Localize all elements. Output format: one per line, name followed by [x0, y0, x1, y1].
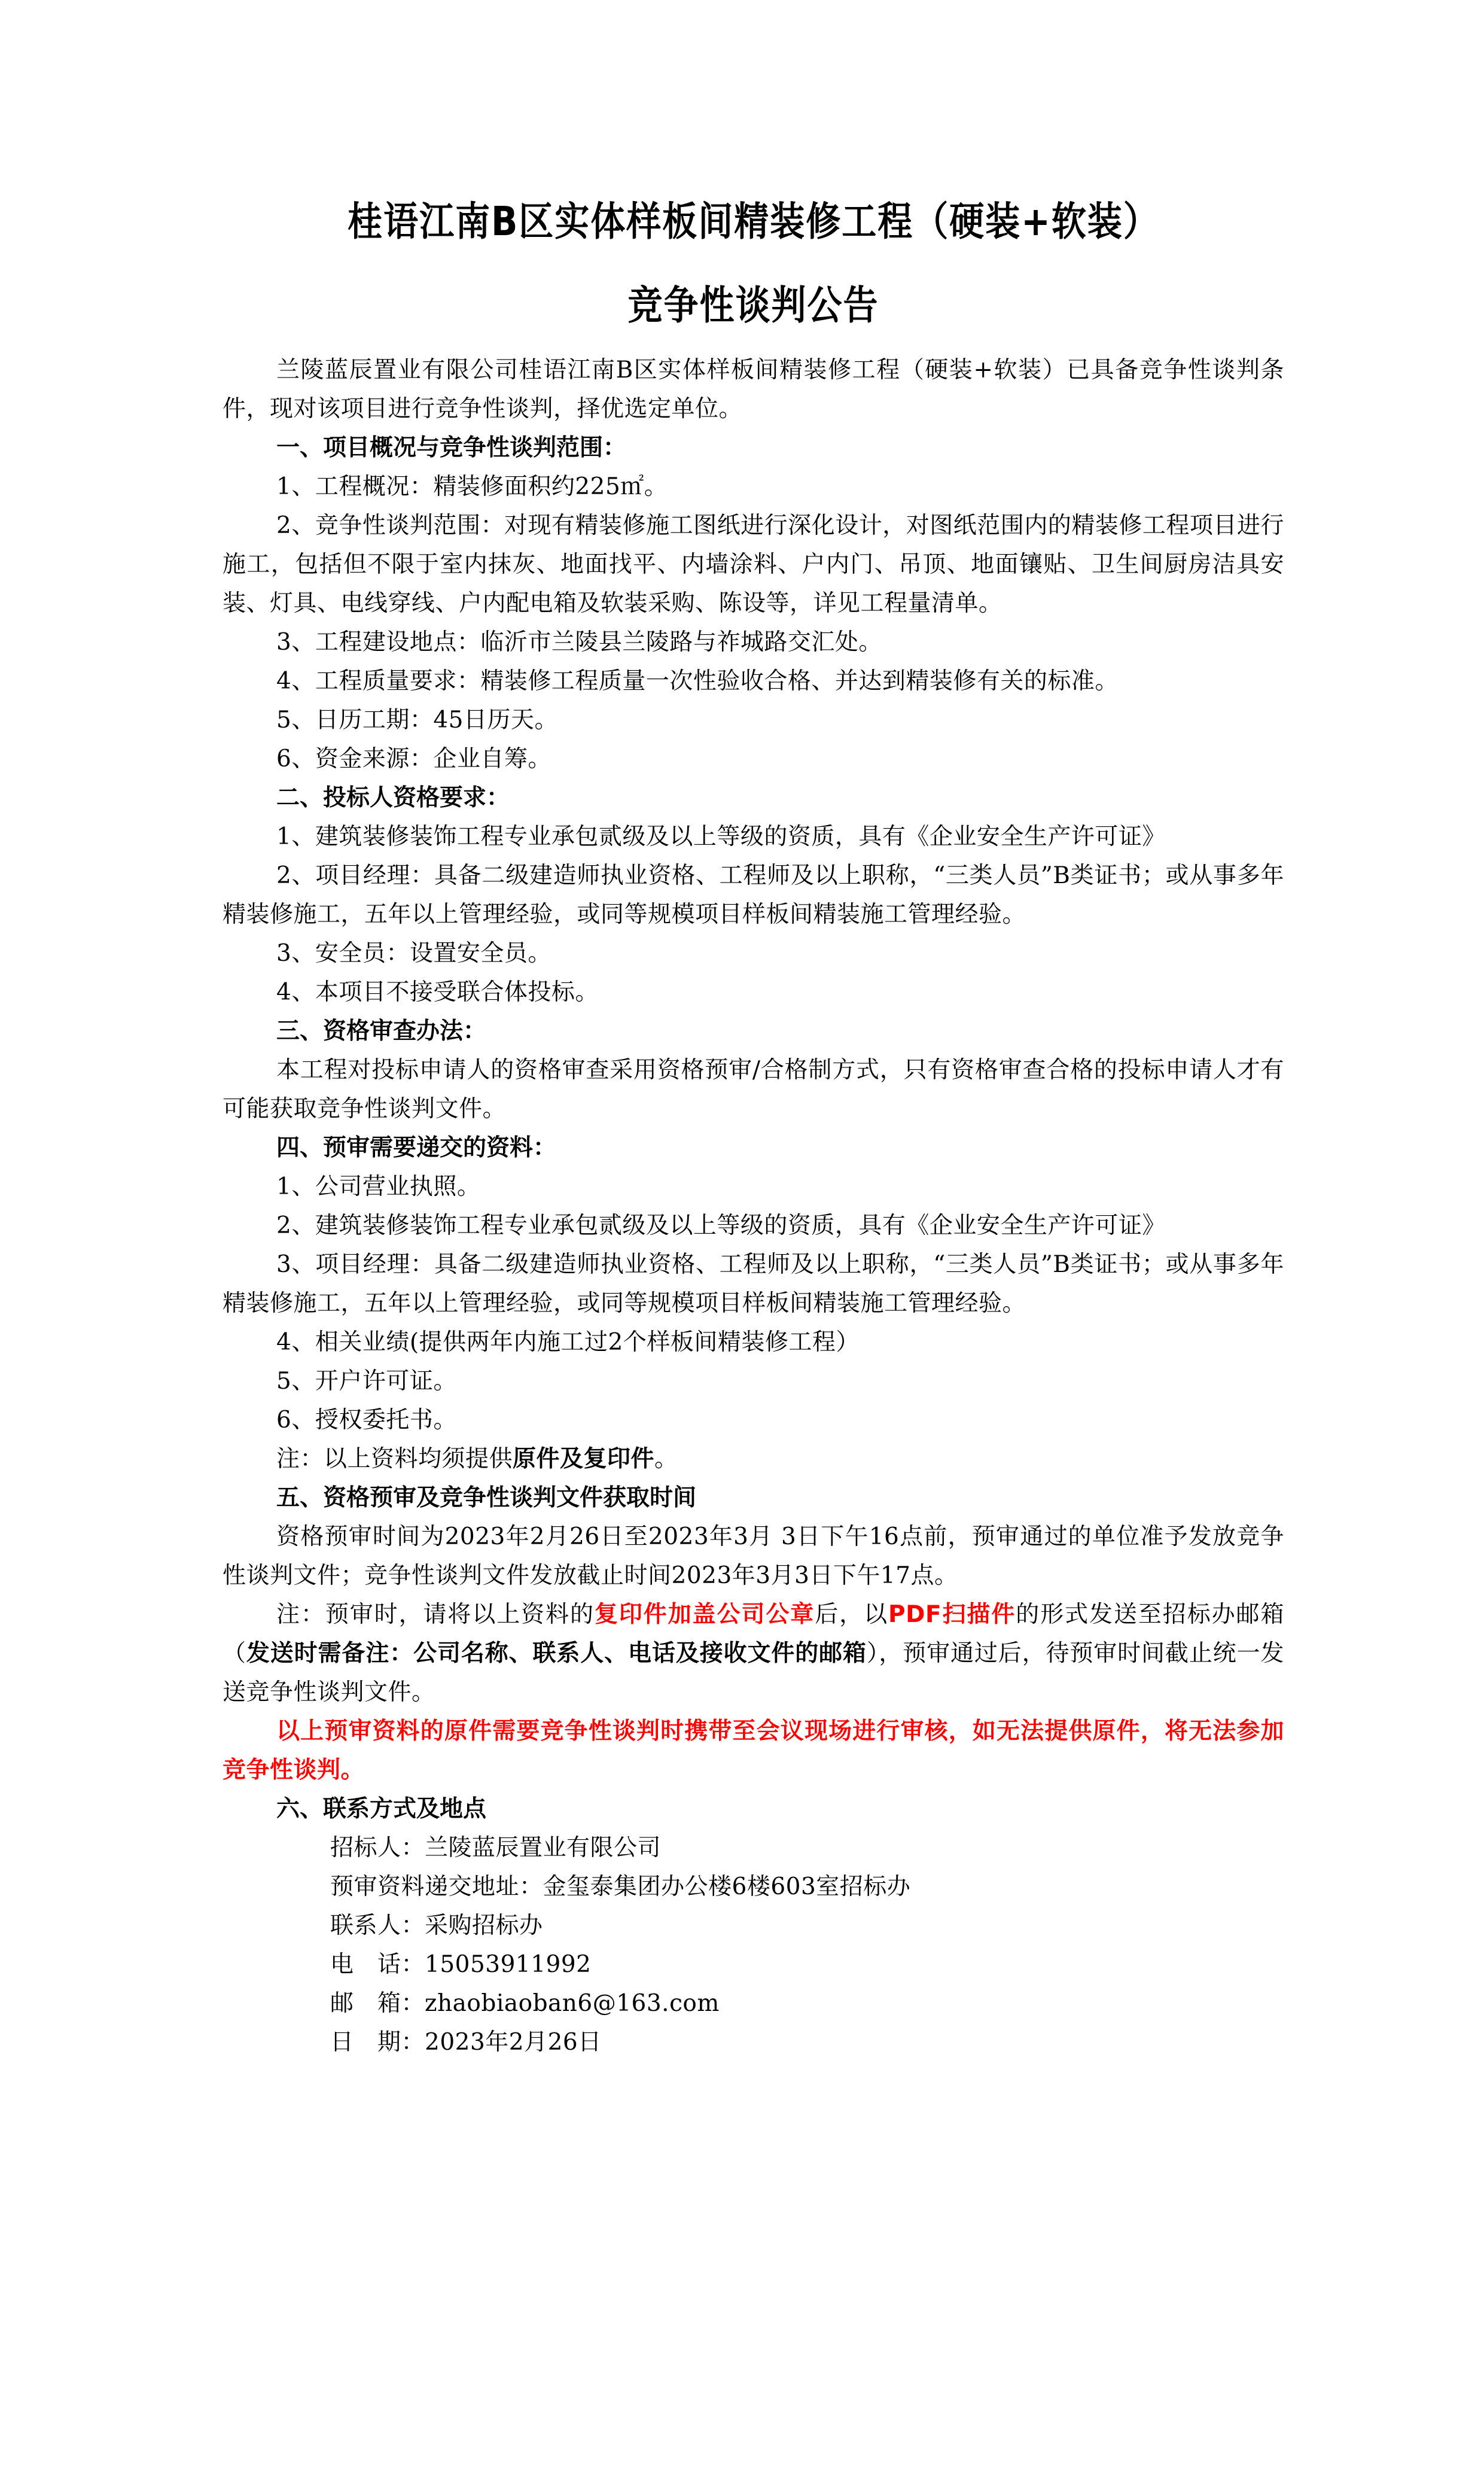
section-2-item: 3、安全员：设置安全员。 [223, 934, 1284, 973]
section-1-item: 2、竞争性谈判范围：对现有精装修施工图纸进行深化设计，对图纸范围内的精装修工程项… [223, 506, 1284, 623]
document-subtitle: 竞争性谈判公告 [223, 278, 1284, 333]
note-bold-emphasis: 发送时需备注：公司名称、联系人、电话及接收文件的邮箱 [246, 1640, 867, 1667]
address-line: 预审资料递交地址：金玺泰集团办公楼6楼603室招标办 [223, 1867, 1284, 1906]
section-5-note: 注：预审时，请将以上资料的复印件加盖公司公章后，以PDF扫描件的形式发送至招标办… [223, 1595, 1284, 1712]
section-4-note: 注：以上资料均须提供原件及复印件。 [223, 1440, 1284, 1478]
announcement-page: 桂语江南B区实体样板间精装修工程（硬装+软装） 竞争性谈判公告 兰陵蓝辰置业有限… [223, 197, 1284, 2062]
section-2-item: 1、建筑装修装饰工程专业承包贰级及以上等级的资质，具有《企业安全生产许可证》 [223, 817, 1284, 856]
section-2-heading: 二、投标人资格要求： [223, 778, 1284, 817]
section-1-heading: 一、项目概况与竞争性谈判范围： [223, 428, 1284, 467]
section-1-item: 3、工程建设地点：临沂市兰陵县兰陵路与祚城路交汇处。 [223, 623, 1284, 662]
date-label: 日 期： [276, 2023, 425, 2062]
note-prefix: 注：以上资料均须提供 [276, 1446, 513, 1472]
intro-paragraph: 兰陵蓝辰置业有限公司桂语江南B区实体样板间精装修工程（硬装+软装）已具备竞争性谈… [223, 351, 1284, 428]
section-6-heading: 六、联系方式及地点 [223, 1790, 1284, 1828]
section-1-item: 4、工程质量要求：精装修工程质量一次性验收合格、并达到精装修有关的标准。 [223, 662, 1284, 701]
note-text: 后，以 [815, 1601, 888, 1628]
section-4-item: 2、建筑装修装饰工程专业承包贰级及以上等级的资质，具有《企业安全生产许可证》 [223, 1206, 1284, 1245]
contact-value: 采购招标办 [425, 1912, 543, 1939]
email-label: 邮 箱： [276, 1984, 425, 2023]
phone-line: 电 话：15053911992 [223, 1945, 1284, 1984]
phone-label: 电 话： [276, 1945, 425, 1984]
tenderer-value: 兰陵蓝辰置业有限公司 [425, 1834, 661, 1861]
email-value: zhaobiaoban6@163.com [425, 1990, 720, 2017]
date-line: 日 期：2023年2月26日 [223, 2023, 1284, 2062]
section-1-item: 6、资金来源：企业自筹。 [223, 740, 1284, 778]
section-4-item: 3、项目经理：具备二级建造师执业资格、工程师及以上职称，“三类人员”B类证书；或… [223, 1245, 1284, 1323]
note-emphasis: 原件及复印件 [513, 1446, 654, 1472]
note-suffix: 。 [654, 1446, 678, 1472]
email-line: 邮 箱：zhaobiaoban6@163.com [223, 1984, 1284, 2023]
section-4-item: 1、公司营业执照。 [223, 1167, 1284, 1206]
section-4-item: 4、相关业绩(提供两年内施工过2个样板间精装修工程） [223, 1323, 1284, 1362]
contact-label: 联系人： [276, 1906, 425, 1945]
section-5-heading: 五、资格预审及竞争性谈判文件获取时间 [223, 1478, 1284, 1517]
section-4-heading: 四、预审需要递交的资料： [223, 1128, 1284, 1167]
section-2-item: 2、项目经理：具备二级建造师执业资格、工程师及以上职称，“三类人员”B类证书；或… [223, 856, 1284, 934]
note-red-emphasis: 复印件加盖公司公章 [595, 1601, 815, 1628]
date-value: 2023年2月26日 [425, 2029, 602, 2056]
section-1-item: 5、日历工期：45日历天。 [223, 701, 1284, 740]
contact-line: 联系人：采购招标办 [223, 1906, 1284, 1945]
address-label: 预审资料递交地址： [276, 1867, 543, 1906]
section-3-body: 本工程对投标申请人的资格审查采用资格预审/合格制方式，只有资格审查合格的投标申请… [223, 1051, 1284, 1128]
note-red-emphasis: PDF扫描件 [888, 1601, 1016, 1628]
address-value: 金玺泰集团办公楼6楼603室招标办 [543, 1873, 911, 1900]
section-1-item: 1、工程概况：精装修面积约225㎡。 [223, 467, 1284, 506]
tenderer-label: 招标人： [276, 1828, 425, 1867]
note-text: 注：预审时，请将以上资料的 [276, 1601, 595, 1628]
section-4-item: 5、开户许可证。 [223, 1362, 1284, 1401]
warning-paragraph: 以上预审资料的原件需要竞争性谈判时携带至会议现场进行审核，如无法提供原件，将无法… [223, 1712, 1284, 1790]
phone-value: 15053911992 [425, 1951, 591, 1978]
tenderer-line: 招标人：兰陵蓝辰置业有限公司 [223, 1828, 1284, 1867]
document-title: 桂语江南B区实体样板间精装修工程（硬装+软装） [223, 194, 1284, 249]
section-5-body: 资格预审时间为2023年2月26日至2023年3月 3日下午16点前，预审通过的… [223, 1517, 1284, 1595]
section-4-item: 6、授权委托书。 [223, 1401, 1284, 1440]
section-2-item: 4、本项目不接受联合体投标。 [223, 973, 1284, 1012]
section-3-heading: 三、资格审查办法： [223, 1012, 1284, 1051]
